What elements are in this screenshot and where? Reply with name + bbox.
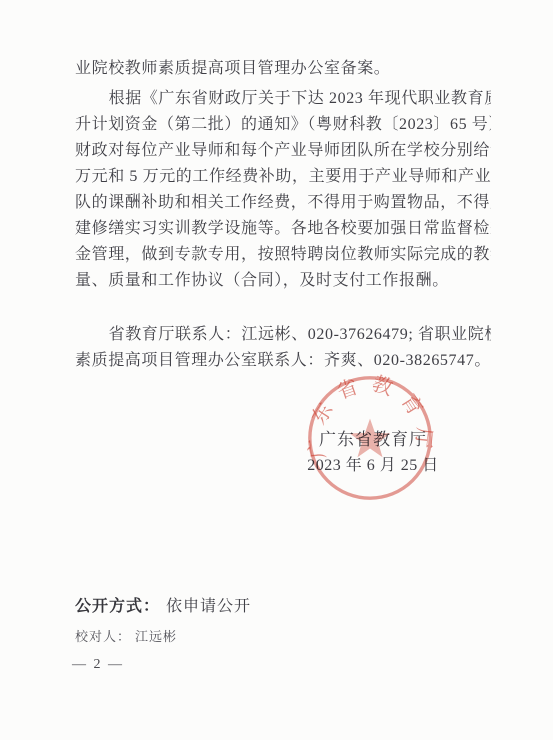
text-line: 升计划资金（第二批）的通知》（粤财科教〔2023〕65 号），省: [75, 112, 491, 138]
text-line: 万元和 5 万元的工作经费补助，主要用于产业导师和产业导师团: [75, 164, 491, 190]
disclosure-method-row: 公开方式：依申请公开: [75, 596, 251, 618]
disclosure-method-label: 公开方式：: [75, 598, 160, 615]
text-line: 根据《广东省财政厅关于下达 2023 年现代职业教育质量提: [75, 86, 491, 112]
text-line: 金管理，做到专款专用，按照特聘岗位教师实际完成的教学课时: [75, 242, 491, 268]
page-number: — 2 —: [72, 655, 124, 675]
signature-issuer: 广东省教育厅: [293, 428, 453, 452]
proofreader-label: 校对人：: [75, 629, 131, 644]
paragraph-continuation: 业院校教师素质提高项目管理办公室备案。: [75, 56, 491, 82]
text-line: 队的课酬补助和相关工作经费，不得用于购置物品，不得用于修: [75, 190, 491, 216]
document-page: 业院校教师素质提高项目管理办公室备案。 根据《广东省财政厅关于下达 2023 年…: [0, 0, 553, 740]
signature-date: 2023 年 6 月 25 日: [286, 455, 460, 477]
proofreader-value: 江远彬: [135, 629, 177, 644]
text-line: 业院校教师素质提高项目管理办公室备案。: [75, 56, 491, 82]
text-line: 建修缮实习实训教学设施等。各地各校要加强日常监督检查和资: [75, 216, 491, 242]
text-line: 量、质量和工作协议（合同），及时支付工作报酬。: [75, 268, 491, 294]
paragraph-funding-notice: 根据《广东省财政厅关于下达 2023 年现代职业教育质量提升计划资金（第二批）的…: [75, 86, 491, 294]
paragraph-contacts: 省教育厅联系人：江远彬、020-37626479; 省职业院校教师素质提高项目管…: [75, 322, 491, 374]
text-line: 财政对每位产业导师和每个产业导师团队所在学校分别给予 3: [75, 138, 491, 164]
text-line: 素质提高项目管理办公室联系人：齐爽、020-38265747。: [75, 348, 491, 374]
proofreader-row: 校对人：江远彬: [75, 627, 177, 646]
text-line: 省教育厅联系人：江远彬、020-37626479; 省职业院校教师: [75, 322, 491, 348]
disclosure-method-value: 依申请公开: [166, 598, 251, 615]
